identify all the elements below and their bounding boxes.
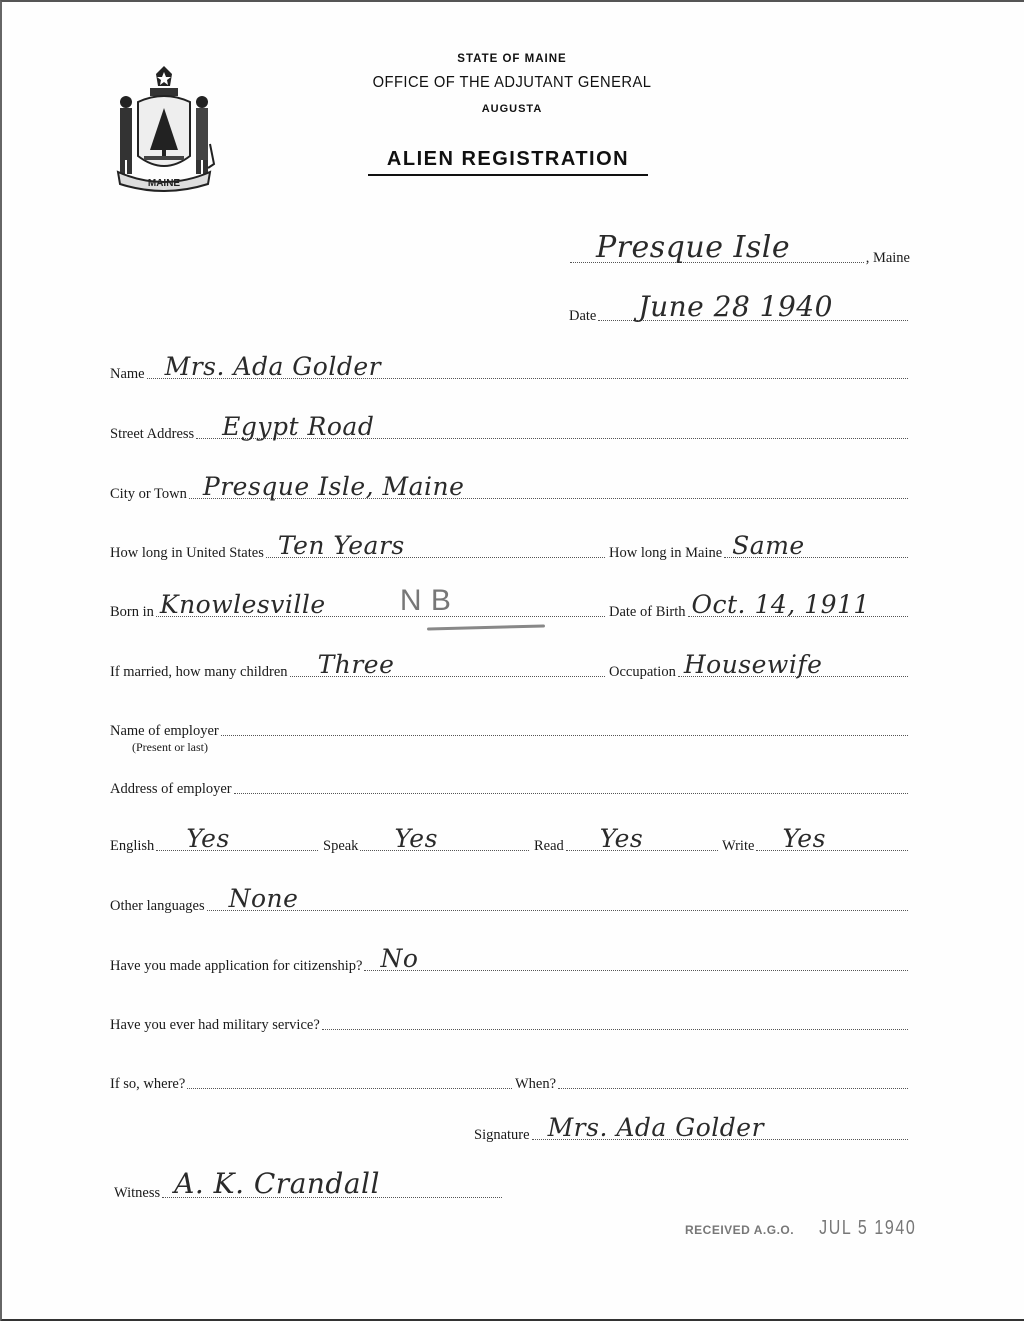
employer-address-field[interactable]: Address of employer xyxy=(110,781,910,798)
citizenship-label: Have you made application for citizenshi… xyxy=(110,958,362,975)
name-value: Mrs. Ada Golder xyxy=(165,352,381,381)
born-in-label: Born in xyxy=(110,604,154,621)
english-field[interactable]: English Yes xyxy=(110,838,320,855)
children-value: Three xyxy=(318,650,395,679)
employer-name-label: Name of employer xyxy=(110,723,219,740)
header-city: AUGUSTA xyxy=(302,103,722,115)
how-long-us-value: Ten Years xyxy=(278,531,405,560)
occupation-value: Housewife xyxy=(684,650,823,679)
name-field[interactable]: Name Mrs. Ada Golder xyxy=(110,366,910,383)
occupation-field[interactable]: Occupation Housewife xyxy=(609,664,910,681)
signature-value: Mrs. Ada Golder xyxy=(548,1113,764,1142)
citizenship-value: No xyxy=(380,944,418,973)
write-field[interactable]: Write Yes xyxy=(722,838,910,855)
employer-name-field[interactable]: Name of employer xyxy=(110,723,910,740)
speak-field[interactable]: Speak Yes xyxy=(323,838,531,855)
read-value: Yes xyxy=(600,824,643,853)
name-label: Name xyxy=(110,366,145,383)
military-service-field[interactable]: Have you ever had military service? xyxy=(110,1017,910,1034)
received-stamp-date: JUL 5 1940 xyxy=(819,1217,916,1240)
date-label: Date xyxy=(569,308,596,325)
street-address-field[interactable]: Street Address Egypt Road xyxy=(110,426,910,443)
form-title: ALIEN REGISTRATION xyxy=(368,148,648,176)
witness-value: A. K. Crandall xyxy=(174,1167,380,1200)
other-languages-label: Other languages xyxy=(110,898,205,915)
street-address-value: Egypt Road xyxy=(222,412,374,441)
speak-value: Yes xyxy=(394,824,437,853)
when-label: When? xyxy=(515,1076,556,1093)
date-of-birth-value: Oct. 14, 1911 xyxy=(692,590,870,619)
born-in-annotation: N B xyxy=(400,584,452,618)
place-field[interactable]: Presque Isle , Maine xyxy=(568,250,910,267)
speak-label: Speak xyxy=(323,838,358,855)
born-in-field[interactable]: Born in Knowlesville N B xyxy=(110,604,607,621)
city-label: City or Town xyxy=(110,486,187,503)
registration-form-page: MAINE STATE OF MAINE OFFICE OF THE ADJUT… xyxy=(0,0,1024,1321)
other-languages-field[interactable]: Other languages None xyxy=(110,898,910,915)
how-long-maine-field[interactable]: How long in Maine Same xyxy=(609,545,910,562)
received-stamp: RECEIVED A.G.O. JUL 5 1940 xyxy=(685,1217,928,1240)
occupation-label: Occupation xyxy=(609,664,676,681)
military-service-label: Have you ever had military service? xyxy=(110,1017,320,1034)
place-value: Presque Isle xyxy=(596,230,790,265)
place-suffix: , Maine xyxy=(866,250,910,267)
received-stamp-text: RECEIVED A.G.O. xyxy=(685,1223,794,1237)
street-address-label: Street Address xyxy=(110,426,194,443)
witness-field[interactable]: Witness A. K. Crandall xyxy=(114,1185,504,1202)
svg-text:MAINE: MAINE xyxy=(148,178,181,189)
read-field[interactable]: Read Yes xyxy=(534,838,720,855)
city-value: Presque Isle, Maine xyxy=(203,472,465,501)
how-long-maine-label: How long in Maine xyxy=(609,545,722,562)
date-of-birth-field[interactable]: Date of Birth Oct. 14, 1911 xyxy=(609,604,910,621)
pencil-underline-mark xyxy=(427,624,545,630)
read-label: Read xyxy=(534,838,564,855)
date-value: June 28 1940 xyxy=(638,290,833,323)
maine-state-seal-icon: MAINE xyxy=(110,64,218,192)
where-field[interactable]: If so, where? xyxy=(110,1076,514,1093)
when-field[interactable]: When? xyxy=(515,1076,910,1093)
date-field[interactable]: Date June 28 1940 xyxy=(569,308,910,325)
children-field[interactable]: If married, how many children Three xyxy=(110,664,607,681)
signature-field[interactable]: Signature Mrs. Ada Golder xyxy=(474,1127,910,1144)
employer-name-sublabel: (Present or last) xyxy=(132,740,208,755)
write-label: Write xyxy=(722,838,754,855)
city-field[interactable]: City or Town Presque Isle, Maine xyxy=(110,486,910,503)
date-of-birth-label: Date of Birth xyxy=(609,604,686,621)
header-office: OFFICE OF THE ADJUTANT GENERAL xyxy=(319,74,705,92)
english-value: Yes xyxy=(186,824,229,853)
employer-address-label: Address of employer xyxy=(110,781,232,798)
born-in-value: Knowlesville xyxy=(160,590,326,619)
how-long-us-label: How long in United States xyxy=(110,545,264,562)
english-label: English xyxy=(110,838,154,855)
witness-label: Witness xyxy=(114,1185,160,1202)
write-value: Yes xyxy=(782,824,825,853)
signature-label: Signature xyxy=(474,1127,530,1144)
header-state: STATE OF MAINE xyxy=(302,53,722,65)
how-long-us-field[interactable]: How long in United States Ten Years xyxy=(110,545,607,562)
children-label: If married, how many children xyxy=(110,664,288,681)
where-label: If so, where? xyxy=(110,1076,185,1093)
citizenship-field[interactable]: Have you made application for citizenshi… xyxy=(110,958,910,975)
how-long-maine-value: Same xyxy=(732,531,805,560)
other-languages-value: None xyxy=(229,884,299,913)
